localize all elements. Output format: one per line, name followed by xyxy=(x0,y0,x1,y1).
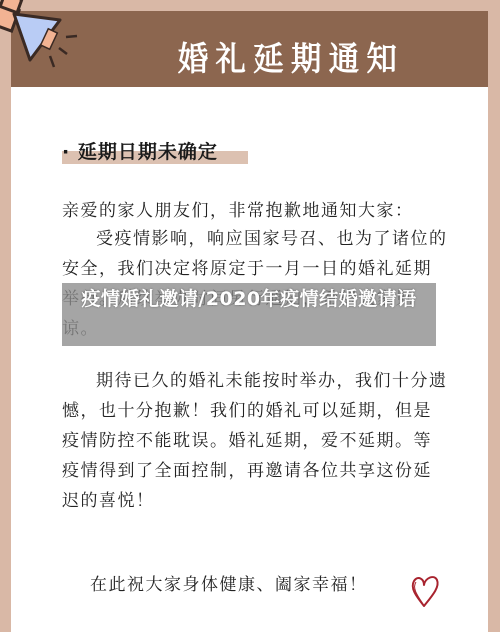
section-heading: · 延期日期未确定 xyxy=(62,137,218,164)
heart-icon xyxy=(410,574,440,608)
caption-text: 疫情婚礼邀请/2020年疫情结婚邀请语 xyxy=(62,286,436,312)
megaphone-icon xyxy=(0,0,80,70)
page-title: 婚礼延期通知 xyxy=(144,33,438,80)
paragraph-2: 期待已久的婚礼未能按时举办，我们十分遗憾，也十分抱歉！我们的婚礼可以延期，但是疫… xyxy=(62,366,450,516)
closing-text: 在此祝大家身体健康、阖家幸福！ xyxy=(90,570,368,595)
greeting-text: 亲爱的家人朋友们，非常抱歉地通知大家： xyxy=(62,196,450,226)
header-banner: 婚礼延期通知 xyxy=(11,11,488,87)
